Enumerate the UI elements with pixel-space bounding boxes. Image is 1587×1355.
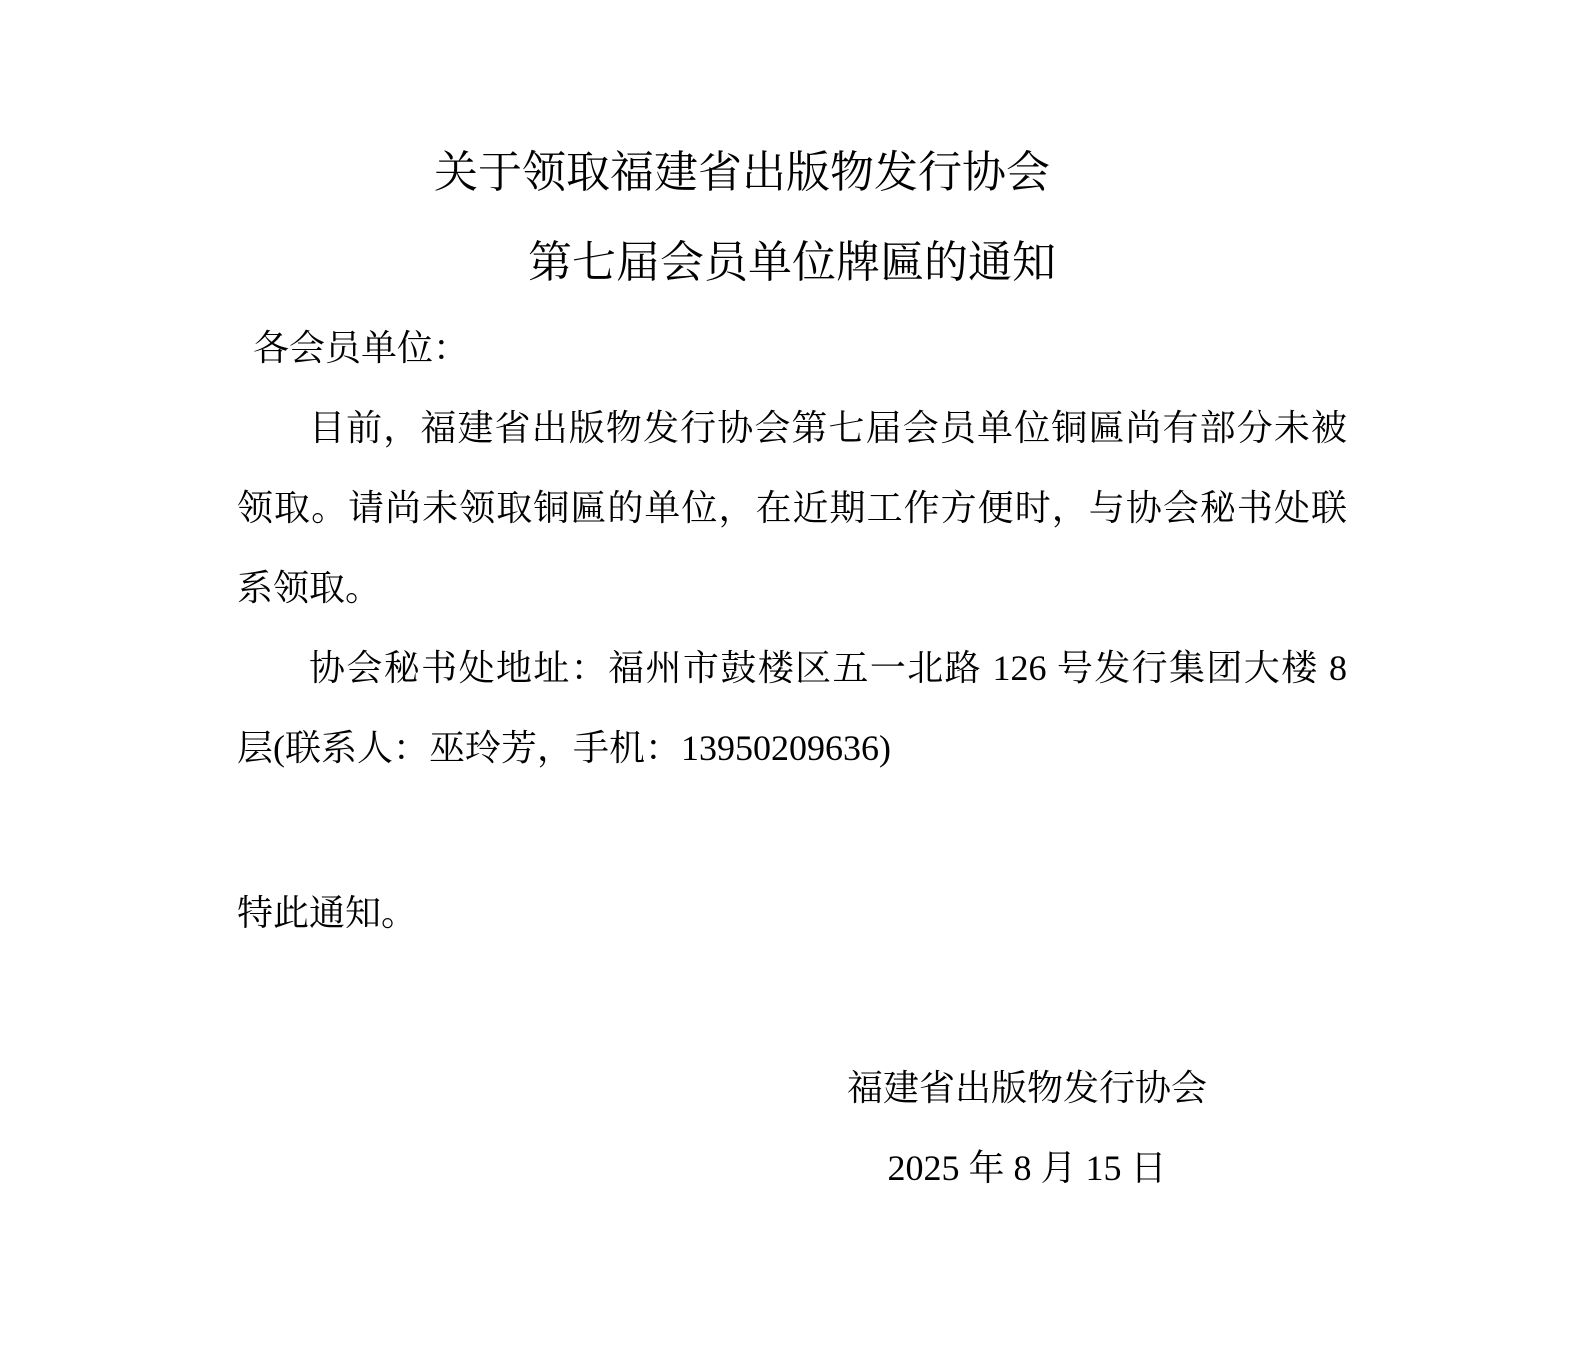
closing-statement: 特此通知。 xyxy=(237,873,1347,953)
document-title-line-2: 第七届会员单位牌匾的通知 xyxy=(237,218,1347,308)
document-content: 关于领取福建省出版物发行协会 第七届会员单位牌匾的通知 各会员单位： 目前，福建… xyxy=(237,0,1347,1208)
paragraph2-line-2-contact: 层(联系人：巫玲芳，手机：13950209636) xyxy=(237,708,1347,788)
document-title-line-1: 关于领取福建省出版物发行协会 xyxy=(237,128,1347,218)
paragraph1-line-2: 领取。请尚未领取铜匾的单位，在近期工作方便时，与协会秘书处联 xyxy=(237,468,1347,548)
signature-date: 2025 年 8 月 15 日 xyxy=(767,1128,1287,1208)
paragraph1-line-3: 系领取。 xyxy=(237,548,1347,628)
signature-block: 福建省出版物发行协会 2025 年 8 月 15 日 xyxy=(767,1048,1287,1208)
vertical-spacer xyxy=(237,953,1347,1048)
salutation: 各会员单位： xyxy=(237,308,1347,388)
vertical-spacer xyxy=(237,788,1347,873)
paragraph1-line-1: 目前，福建省出版物发行协会第七届会员单位铜匾尚有部分未被 xyxy=(237,388,1347,468)
document-page: 关于领取福建省出版物发行协会 第七届会员单位牌匾的通知 各会员单位： 目前，福建… xyxy=(0,0,1587,1355)
paragraph2-line-1-address: 协会秘书处地址：福州市鼓楼区五一北路 126 号发行集团大楼 8 xyxy=(237,628,1347,708)
signature-organization: 福建省出版物发行协会 xyxy=(767,1048,1287,1128)
